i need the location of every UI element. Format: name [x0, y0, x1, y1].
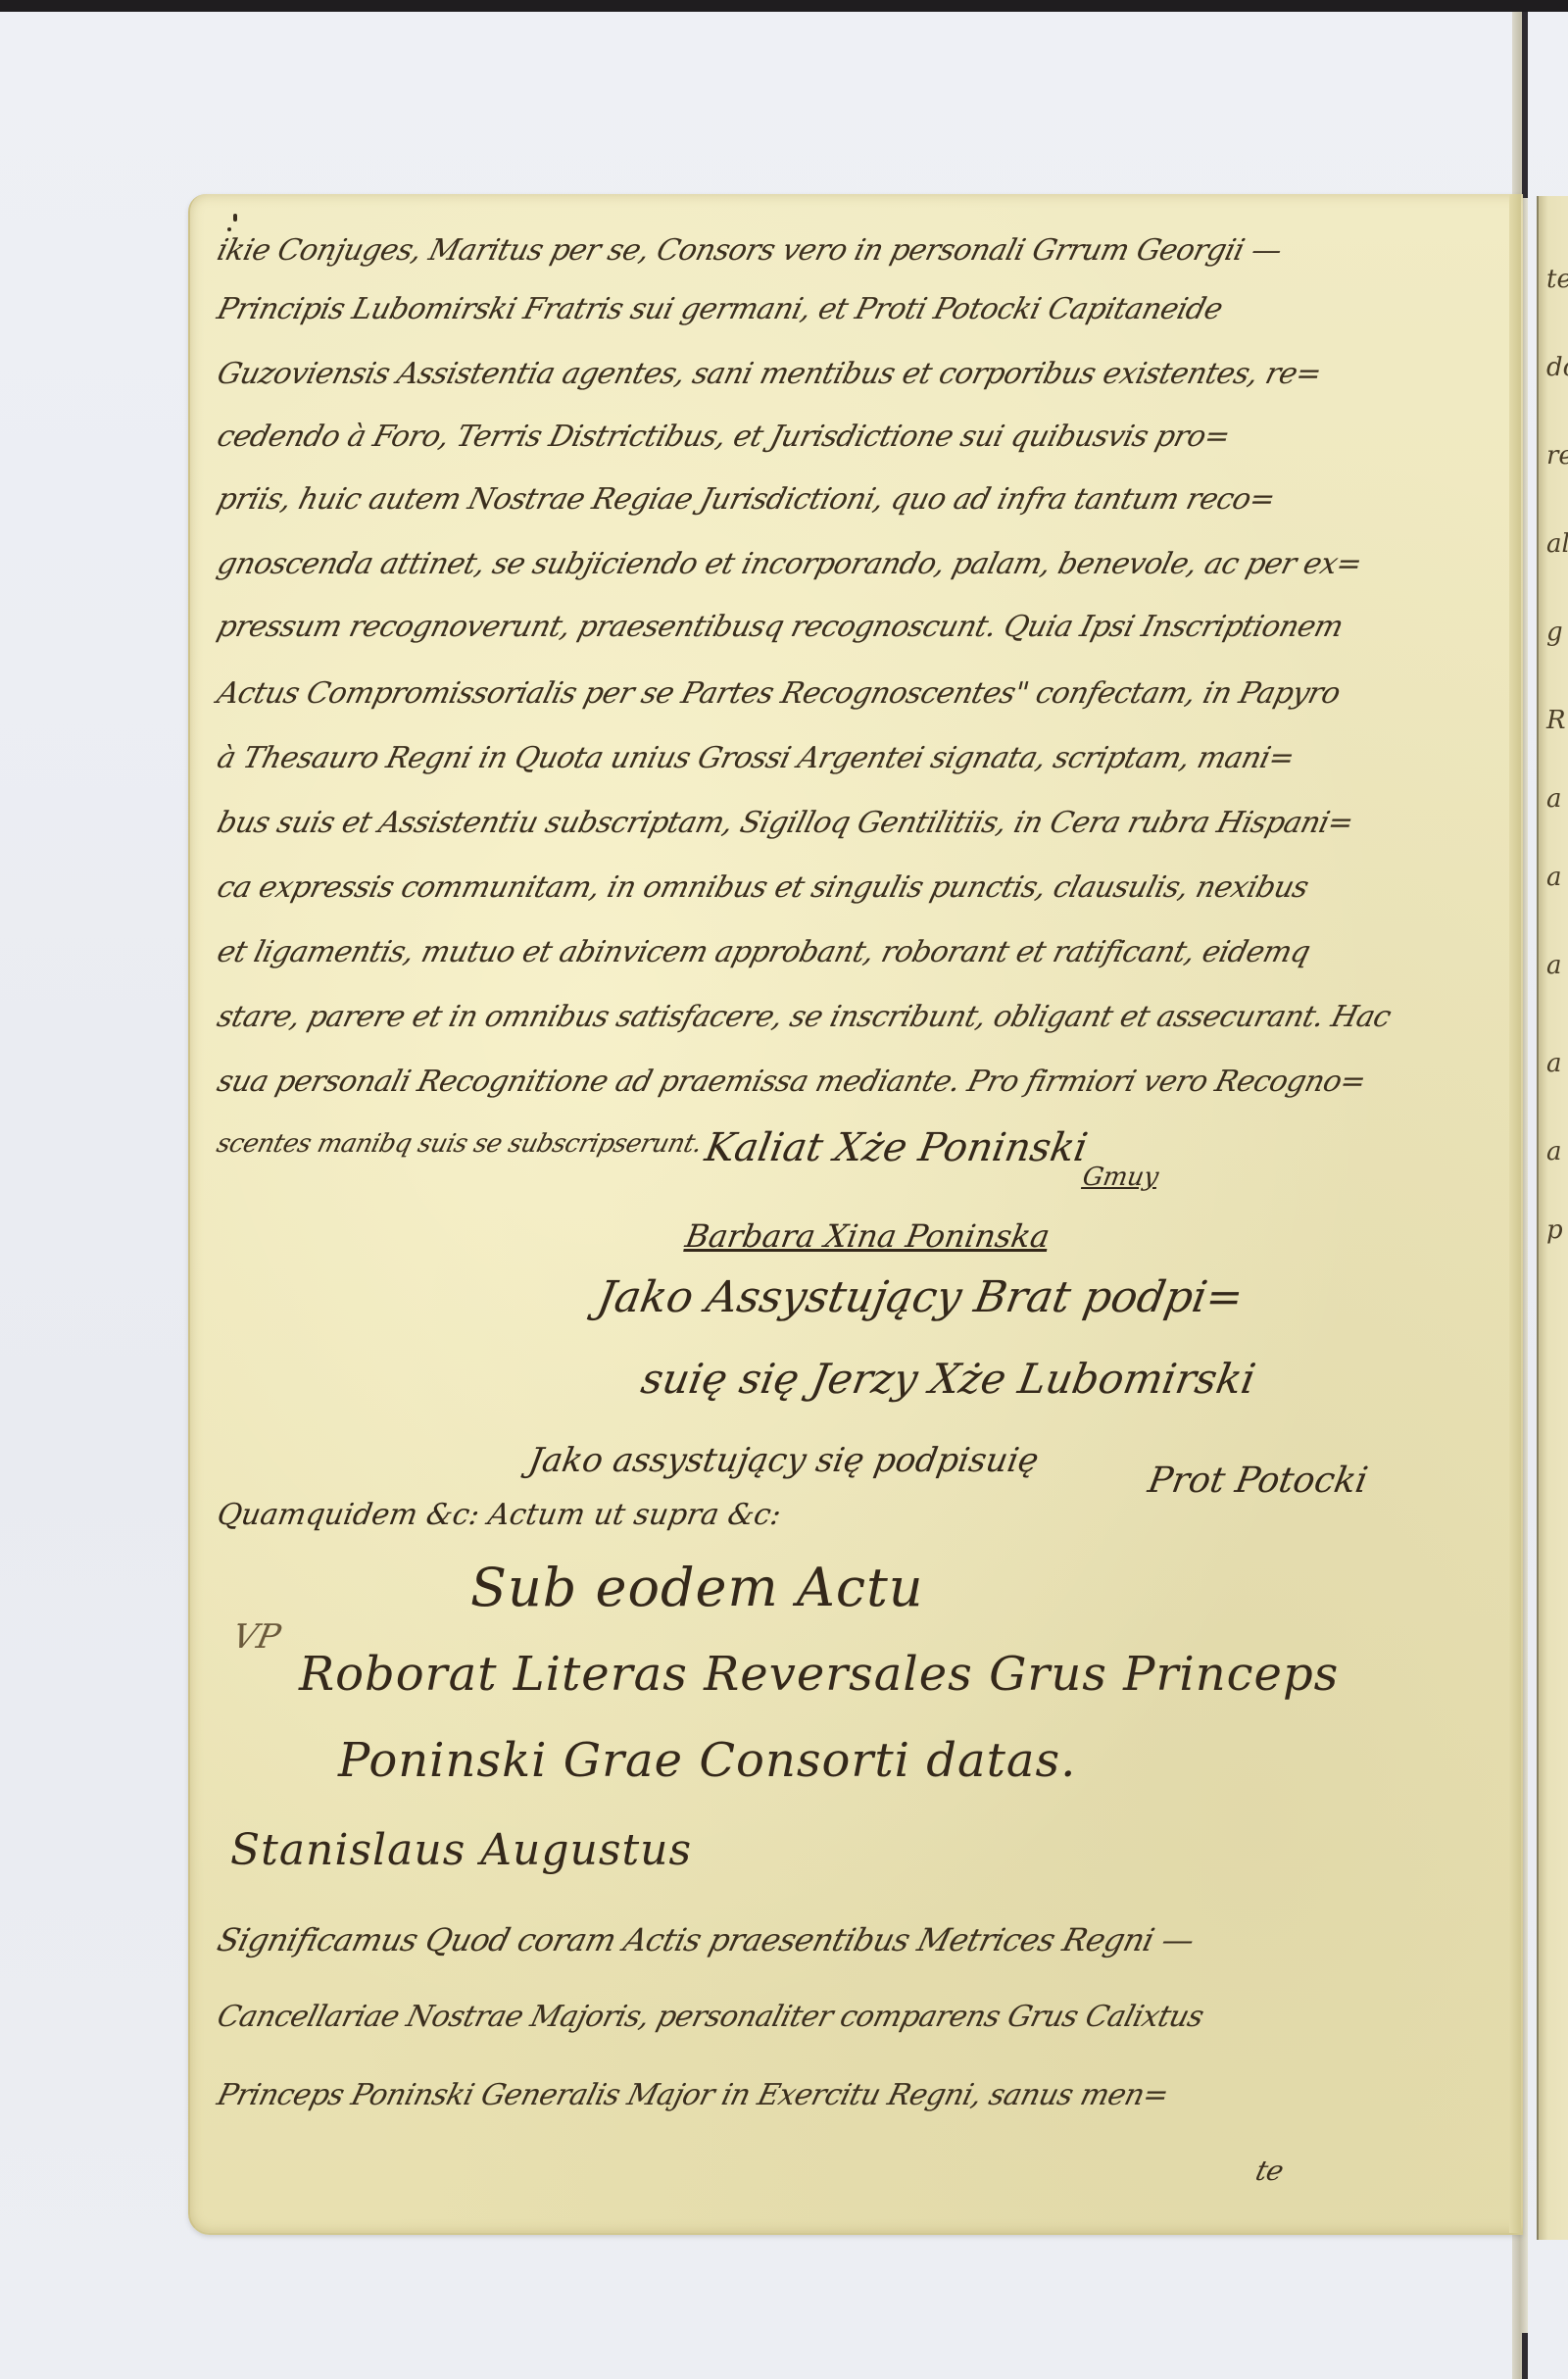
closing-formula: Quamquidem &c: Actum ut supra &c: — [215, 1498, 784, 1532]
signature-potocki-line: Jako assystujący się podpisuię — [525, 1441, 1041, 1480]
adjacent-page-glyph: re — [1546, 441, 1568, 471]
body-line: scentes manibq suis se subscripserunt. — [214, 1129, 705, 1159]
adjacent-page-edge: te do re al g R a a a a a p — [1537, 196, 1568, 2240]
signature-potocki: Prot Potocki — [1145, 1461, 1370, 1501]
signature-lubomirski-line-1: Jako Assystujący Brat podpi= — [594, 1272, 1248, 1322]
adjacent-page-glyph: R — [1546, 706, 1566, 735]
body-line: Guzoviensis Assistentia agentes, sani me… — [214, 357, 1325, 391]
folio-fold-edge — [1509, 194, 1521, 2233]
adjacent-page-glyph: a — [1546, 1049, 1562, 1078]
binding-clamp-top — [1522, 12, 1528, 198]
signature-poninski: Kaliat Xże Poninski — [702, 1125, 1091, 1170]
body-line: Principis Lubomirski Fratris sui germani… — [214, 292, 1226, 326]
body-line: sua personali Recognitione ad praemissa … — [214, 1065, 1369, 1099]
adjacent-page-glyph: a — [1546, 1137, 1562, 1166]
entry-body-line: Significamus Quod coram Actis praesentib… — [214, 1921, 1198, 1958]
margin-annotation: VP — [229, 1617, 284, 1657]
ink-mark — [233, 214, 237, 222]
body-line: Actus Compromissorialis per se Partes Re… — [214, 676, 1344, 711]
signature-flourish: Gmuy — [1080, 1163, 1160, 1192]
adjacent-page-glyph: a — [1546, 784, 1562, 814]
entry-king-name: Stanislaus Augustus — [230, 1825, 692, 1875]
body-line: priis, huic autem Nostrae Regiae Jurisdi… — [214, 482, 1279, 517]
body-line: pressum recognoverunt, praesentibusq rec… — [214, 610, 1347, 644]
body-line: à Thesauro Regni in Quota unius Grossi A… — [214, 741, 1298, 775]
body-line: ikie Conjuges, Maritus per se, Consors v… — [214, 233, 1285, 268]
body-line: ca expressis communitam, in omnibus et s… — [214, 870, 1312, 905]
entry-heading-roborat: Roborat Literas Reversales Grus Princeps — [299, 1647, 1339, 1702]
adjacent-page-glyph: te — [1546, 265, 1568, 294]
adjacent-page-glyph: g — [1546, 618, 1563, 647]
adjacent-page-glyph: al — [1546, 529, 1568, 559]
adjacent-page-glyph: a — [1546, 863, 1562, 892]
ink-mark — [227, 227, 231, 231]
body-line: cedendo à Foro, Terris Districtibus, et … — [214, 420, 1233, 454]
scanner-frame-edge — [0, 0, 1568, 12]
body-line: bus suis et Assistentiu subscriptam, Sig… — [214, 806, 1356, 840]
adjacent-page-glyph: do — [1546, 353, 1568, 382]
body-line: et ligamentis, mutuo et abinvicem approb… — [214, 935, 1313, 969]
signature-barbara-poninska: Barbara Xina Poninska — [683, 1217, 1053, 1255]
entry-heading-poninski: Poninski Grae Consorti datas. — [338, 1733, 1076, 1788]
adjacent-page-glyph: p — [1546, 1215, 1563, 1245]
entry-body-line: Princeps Poninski Generalis Major in Exe… — [214, 2078, 1172, 2112]
body-line: stare, parere et in omnibus satisfacere,… — [214, 1000, 1395, 1034]
entry-body-line: Cancellariae Nostrae Majoris, personalit… — [214, 2000, 1207, 2034]
body-line: gnoscenda attinet, se subjiciendo et inc… — [214, 547, 1365, 581]
adjacent-page-glyph: a — [1546, 951, 1562, 980]
entry-heading-sub-eodem-actu: Sub eodem Actu — [470, 1557, 924, 1618]
binding-clamp-bottom — [1522, 2333, 1528, 2379]
signature-lubomirski-line-2: suię się Jerzy Xże Lubomirski — [638, 1355, 1259, 1403]
